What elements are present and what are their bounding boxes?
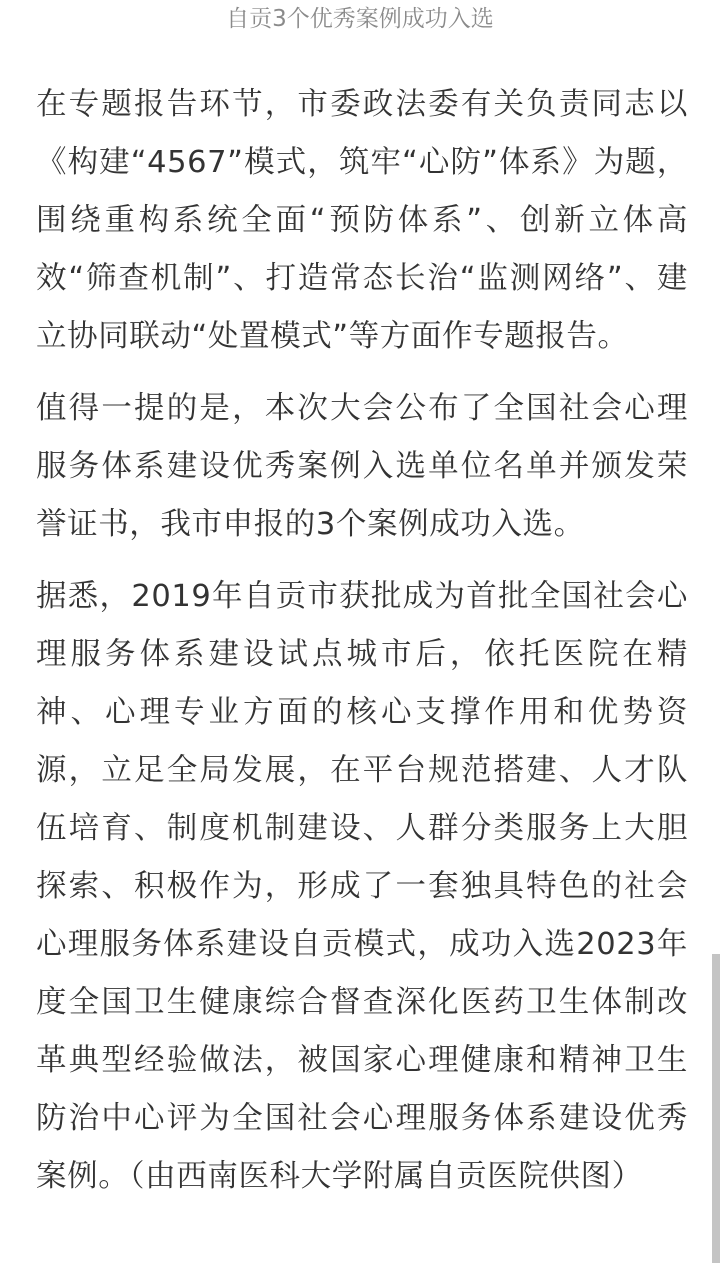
image-caption: 自贡3个优秀案例成功入选 — [0, 2, 720, 36]
scrollbar-thumb[interactable] — [712, 954, 720, 1263]
paragraph-award-announcement: 值得一提的是，本次大会公布了全国社会心理服务体系建设优秀案例入选单位名单并颁发荣… — [36, 380, 688, 554]
scrollbar-track[interactable] — [711, 0, 720, 1263]
article-body: 在专题报告环节，市委政法委有关负责同志以《构建“4567”模式，筑牢“心防”体系… — [36, 76, 688, 1220]
paragraph-special-report: 在专题报告环节，市委政法委有关负责同志以《构建“4567”模式，筑牢“心防”体系… — [36, 76, 688, 366]
paragraph-background: 据悉，2019年自贡市获批成为首批全国社会心理服务体系建设试点城市后，依托医院在… — [36, 568, 688, 1206]
